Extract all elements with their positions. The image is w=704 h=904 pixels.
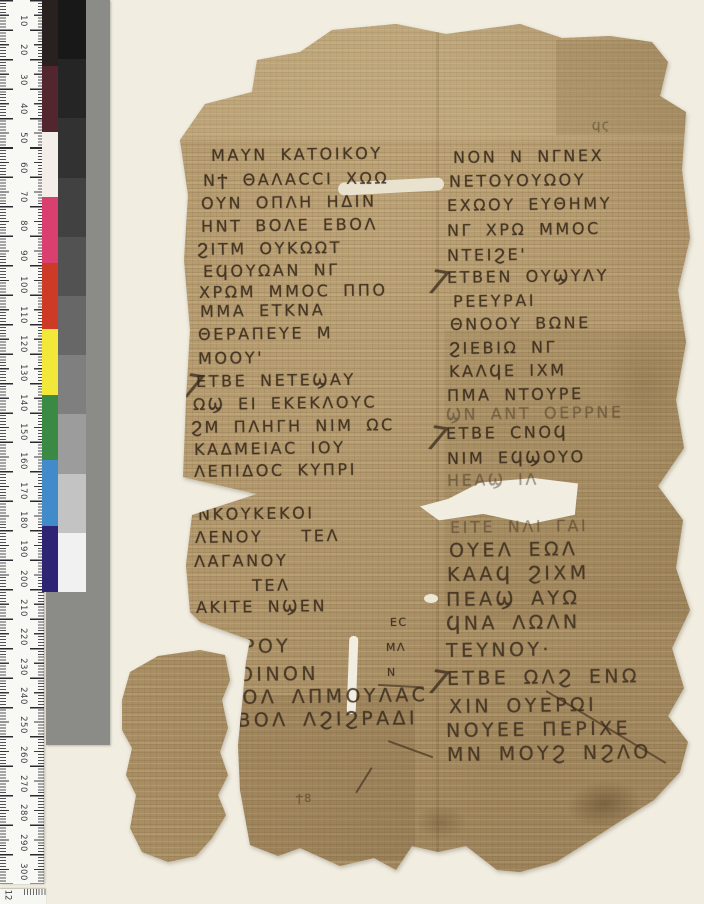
papyrus-main-fragment: ΜΑΥΝ ΚΑΤΟΙΚΟΥΝϮ ΘΑΛΑϹϹΙ ΧΩΩΟΥΝ ΟΠΛΗ ΗΔΙΝ… [0, 0, 704, 904]
papyrus-text-line: ΟΥ [203, 486, 231, 505]
papyrus-fragments: ΜΑΥΝ ΚΑΤΟΙΚΟΥΝϮ ΘΑΛΑϹϹΙ ΧΩΩΟΥΝ ΟΠΛΗ ΗΔΙΝ… [0, 0, 704, 904]
manuscript-photograph: 1020304050607080901001101201301401501601… [0, 0, 704, 904]
edge-shading [0, 0, 704, 904]
